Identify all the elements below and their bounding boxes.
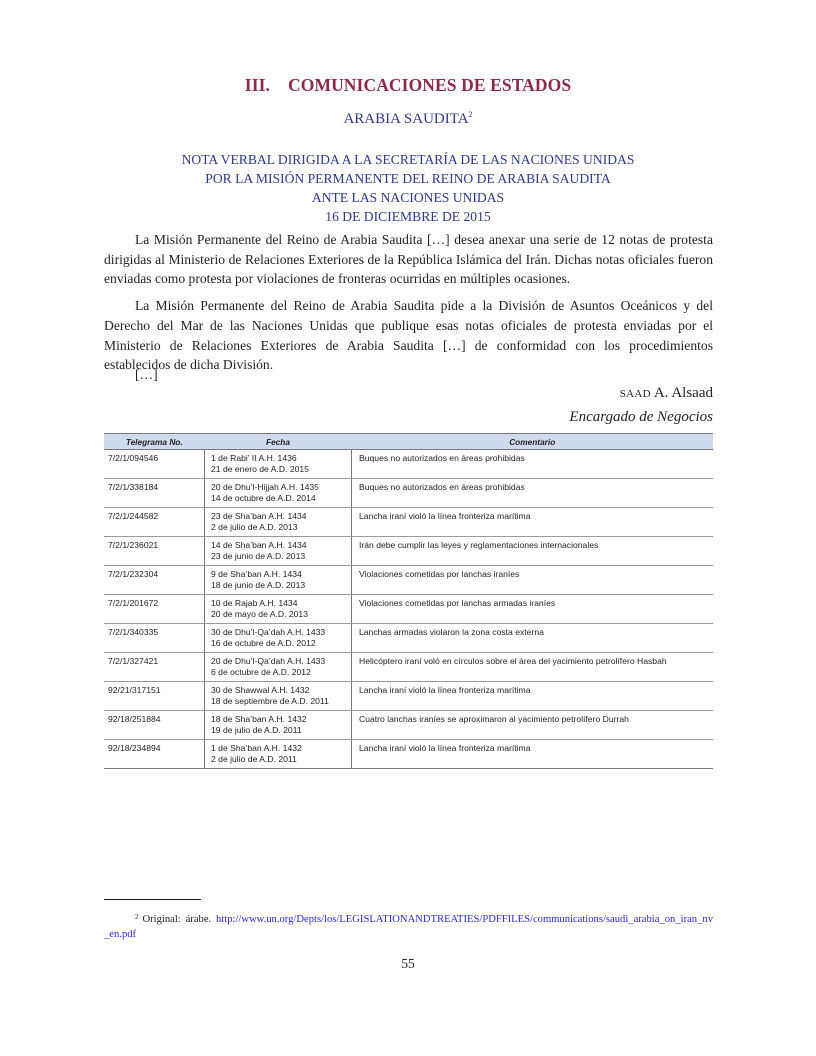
telegram-number: 7/2/1/340335 xyxy=(104,624,205,653)
date-gregorian: 21 de enero de A.D. 2015 xyxy=(211,464,351,475)
telegram-comment: Buques no autorizados en áreas prohibida… xyxy=(352,479,714,508)
table-row: 7/2/1/20167210 de Rajab A.H. 143420 de m… xyxy=(104,595,713,624)
date-gregorian: 16 de octubre de A.D. 2012 xyxy=(211,638,351,649)
footnote-reference[interactable]: 2 xyxy=(469,110,473,119)
signatory-first-name: Saad xyxy=(620,388,651,400)
table-row: 7/2/1/24458223 de Sha’ban A.H. 14342 de … xyxy=(104,508,713,537)
state-title: ARABIA SAUDITA2 xyxy=(0,110,816,128)
date-hijri: 1 de Sha’ban A.H. 1432 xyxy=(211,743,351,754)
table-row: 92/18/2348941 de Sha’ban A.H. 14322 de j… xyxy=(104,740,713,769)
telegram-date: 23 de Sha’ban A.H. 14342 de julio de A.D… xyxy=(205,508,352,537)
state-name: ARABIA SAUDITA xyxy=(343,111,468,127)
date-hijri: 18 de Sha’ban A.H. 1432 xyxy=(211,714,351,725)
table-row: 7/2/1/23602114 de Sha’ban A.H. 143423 de… xyxy=(104,537,713,566)
table-header-row: Telegrama No. Fecha Comentario xyxy=(104,434,713,450)
signatory-last-name: A. Alsaad xyxy=(651,385,713,401)
date-gregorian: 18 de septiembre de A.D. 2011 xyxy=(211,696,351,707)
table-row: 7/2/1/2323049 de Sha’ban A.H. 143418 de … xyxy=(104,566,713,595)
telegram-date: 18 de Sha’ban A.H. 143219 de julio de A.… xyxy=(205,711,352,740)
table-row: 92/18/25188418 de Sha’ban A.H. 143219 de… xyxy=(104,711,713,740)
omission-mark: […] xyxy=(135,367,158,383)
footnote: 2Original: árabe. http://www.un.org/Dept… xyxy=(104,910,713,942)
note-title-line: POR LA MISIÓN PERMANENTE DEL REINO DE AR… xyxy=(0,169,816,188)
telegram-number: 92/21/317151 xyxy=(104,682,205,711)
telegram-comment: Helicóptero iraní voló en círculos sobre… xyxy=(352,653,714,682)
note-title-line: NOTA VERBAL DIRIGIDA A LA SECRETARÍA DE … xyxy=(0,150,816,169)
date-gregorian: 14 de octubre de A.D. 2014 xyxy=(211,493,351,504)
signatory-name: Saad A. Alsaad xyxy=(104,385,713,402)
footnote-divider xyxy=(104,899,201,900)
note-title-line: ANTE LAS NACIONES UNIDAS xyxy=(0,188,816,207)
telegram-number: 92/18/234894 xyxy=(104,740,205,769)
body-text: La Misión Permanente del Reino de Arabia… xyxy=(104,230,713,382)
telegram-number: 7/2/1/244582 xyxy=(104,508,205,537)
telegram-date: 14 de Sha’ban A.H. 143423 de junio de A.… xyxy=(205,537,352,566)
telegram-comment: Violaciones cometidas por lanchas iraníe… xyxy=(352,566,714,595)
note-date: 16 DE DICIEMBRE DE 2015 xyxy=(0,207,816,226)
table-row: 7/2/1/32742120 de Dhu’l-Qa’dah A.H. 1433… xyxy=(104,653,713,682)
telegram-comment: Irán debe cumplir las leyes y reglamenta… xyxy=(352,537,714,566)
footnote-text: Original: árabe. xyxy=(143,914,217,925)
date-hijri: 10 de Rajab A.H. 1434 xyxy=(211,598,351,609)
telegram-date: 10 de Rajab A.H. 143420 de mayo de A.D. … xyxy=(205,595,352,624)
column-header-date: Fecha xyxy=(205,434,352,450)
telegram-comment: Buques no autorizados en áreas prohibida… xyxy=(352,450,714,479)
telegram-date: 30 de Shawwal A.H. 143218 de septiembre … xyxy=(205,682,352,711)
telegrams-table: Telegrama No. Fecha Comentario 7/2/1/094… xyxy=(104,433,713,769)
telegram-number: 7/2/1/094546 xyxy=(104,450,205,479)
date-gregorian: 20 de mayo de A.D. 2013 xyxy=(211,609,351,620)
table-row: 92/21/31715130 de Shawwal A.H. 143218 de… xyxy=(104,682,713,711)
telegram-comment: Lancha iraní violó la línea fronteriza m… xyxy=(352,740,714,769)
table-row: 7/2/1/34033530 de Dhu’l-Qa’dah A.H. 1433… xyxy=(104,624,713,653)
signatory-role: Encargado de Negocios xyxy=(104,409,713,426)
telegram-date: 1 de Rabi’ II A.H. 143621 de enero de A.… xyxy=(205,450,352,479)
telegram-number: 92/18/251884 xyxy=(104,711,205,740)
page-number: 55 xyxy=(0,956,816,972)
telegram-date: 20 de Dhu’l-Qa’dah A.H. 14336 de octubre… xyxy=(205,653,352,682)
telegram-date: 20 de Dhu’l-Hijjah A.H. 143514 de octubr… xyxy=(205,479,352,508)
paragraph: La Misión Permanente del Reino de Arabia… xyxy=(104,230,713,289)
note-title: NOTA VERBAL DIRIGIDA A LA SECRETARÍA DE … xyxy=(0,150,816,226)
telegram-date: 30 de Dhu’l-Qa’dah A.H. 143316 de octubr… xyxy=(205,624,352,653)
section-number: III. xyxy=(245,75,270,95)
date-hijri: 14 de Sha’ban A.H. 1434 xyxy=(211,540,351,551)
paragraph: La Misión Permanente del Reino de Arabia… xyxy=(104,296,713,375)
date-gregorian: 2 de julio de A.D. 2013 xyxy=(211,522,351,533)
date-hijri: 20 de Dhu’l-Hijjah A.H. 1435 xyxy=(211,482,351,493)
telegram-date: 9 de Sha’ban A.H. 143418 de junio de A.D… xyxy=(205,566,352,595)
telegram-comment: Lancha iraní violó la línea fronteriza m… xyxy=(352,682,714,711)
section-title: III.COMUNICACIONES DE ESTADOS xyxy=(0,75,816,96)
date-hijri: 1 de Rabi’ II A.H. 1436 xyxy=(211,453,351,464)
date-gregorian: 19 de julio de A.D. 2011 xyxy=(211,725,351,736)
telegram-comment: Lanchas armadas violaron la zona costa e… xyxy=(352,624,714,653)
section-heading: COMUNICACIONES DE ESTADOS xyxy=(288,75,571,95)
date-hijri: 30 de Shawwal A.H. 1432 xyxy=(211,685,351,696)
telegram-date: 1 de Sha’ban A.H. 14322 de julio de A.D.… xyxy=(205,740,352,769)
date-hijri: 9 de Sha’ban A.H. 1434 xyxy=(211,569,351,580)
table-row: 7/2/1/33818420 de Dhu’l-Hijjah A.H. 1435… xyxy=(104,479,713,508)
table-row: 7/2/1/0945461 de Rabi’ II A.H. 143621 de… xyxy=(104,450,713,479)
telegram-comment: Cuatro lanchas iraníes se aproximaron al… xyxy=(352,711,714,740)
telegram-number: 7/2/1/236021 xyxy=(104,537,205,566)
column-header-number: Telegrama No. xyxy=(104,434,205,450)
telegram-comment: Lancha iraní violó la línea fronteriza m… xyxy=(352,508,714,537)
telegram-number: 7/2/1/338184 xyxy=(104,479,205,508)
date-gregorian: 18 de junio de A.D. 2013 xyxy=(211,580,351,591)
telegram-number: 7/2/1/232304 xyxy=(104,566,205,595)
date-hijri: 20 de Dhu’l-Qa’dah A.H. 1433 xyxy=(211,656,351,667)
telegram-number: 7/2/1/201672 xyxy=(104,595,205,624)
telegram-number: 7/2/1/327421 xyxy=(104,653,205,682)
footnote-mark: 2 xyxy=(135,913,139,921)
date-gregorian: 23 de junio de A.D. 2013 xyxy=(211,551,351,562)
telegram-comment: Violaciones cometidas por lanchas armada… xyxy=(352,595,714,624)
date-hijri: 23 de Sha’ban A.H. 1434 xyxy=(211,511,351,522)
date-hijri: 30 de Dhu’l-Qa’dah A.H. 1433 xyxy=(211,627,351,638)
column-header-comment: Comentario xyxy=(352,434,714,450)
date-gregorian: 2 de julio de A.D. 2011 xyxy=(211,754,351,765)
date-gregorian: 6 de octubre de A.D. 2012 xyxy=(211,667,351,678)
